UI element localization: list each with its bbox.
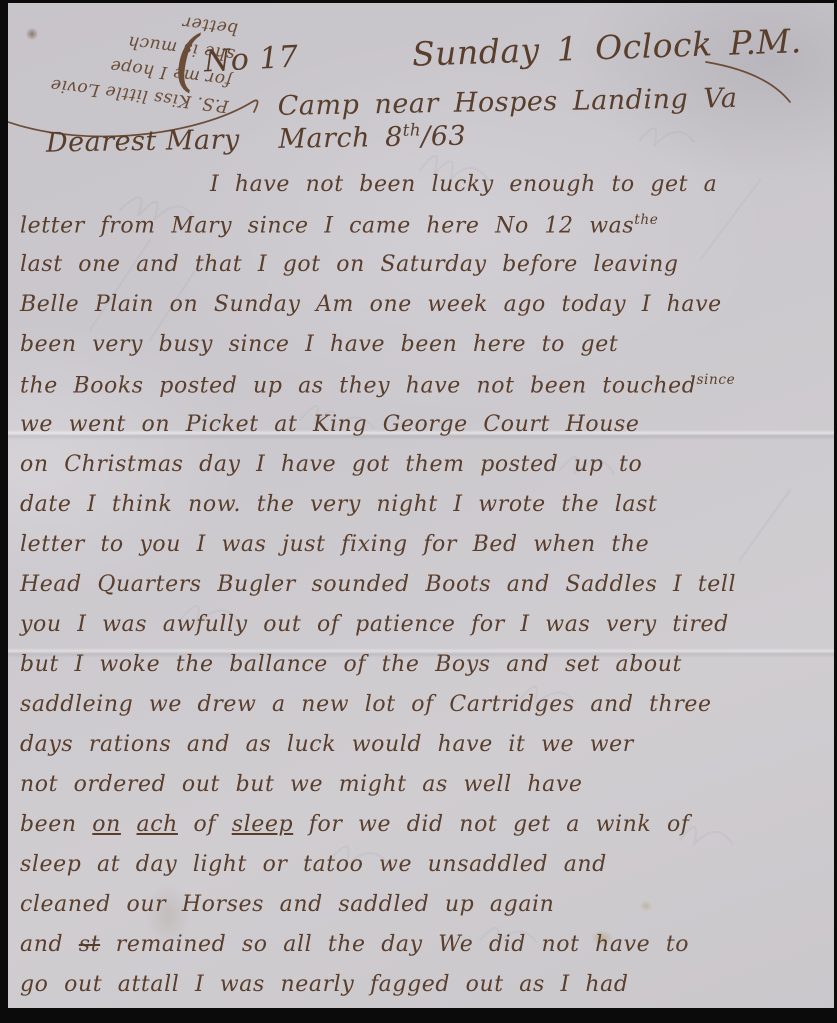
line-text: the Books posted up as they have not bee… (20, 373, 696, 398)
struck-word: st (79, 932, 100, 957)
scan-edge-bottom (0, 1008, 837, 1023)
letter-number: No 17 (203, 40, 299, 80)
line-text: and (20, 932, 79, 957)
line-text: letter from Mary since I came here No 12… (20, 213, 634, 238)
letter-line: and st remained so all the day We did no… (20, 932, 823, 972)
line-text: been (20, 812, 92, 837)
scan-edge-left (0, 0, 8, 1023)
letter-line: Head Quarters Bugler sounded Boots and S… (20, 572, 823, 612)
line-text (121, 812, 137, 837)
letter-line: Belle Plain on Sunday Am one week ago to… (20, 292, 823, 332)
placeline: Camp near Hospes Landing Va March 8th/63 (277, 81, 837, 155)
line-text: remained so all the day We did not have … (100, 932, 689, 957)
letter-line: letter from Mary since I came here No 12… (20, 212, 823, 252)
placeline-superscript: th (402, 119, 421, 139)
letter-line: days rations and as luck would have it w… (20, 732, 823, 772)
salutation: Dearest Mary (46, 124, 240, 158)
underlined-word: sleep (232, 812, 293, 837)
letter-line: cleaned our Horses and saddled up again (20, 892, 823, 932)
letter-line: but I woke the ballance of the Boys and … (20, 652, 823, 692)
line-text: for we did not get a wink of (293, 812, 689, 837)
header-brace: ( (174, 22, 200, 99)
letter-body: I have not been lucky enough to get a le… (20, 172, 823, 1012)
letter-line: go out attall I was nearly fagged out as… (20, 972, 823, 1012)
letter-line: been very busy since I have been here to… (20, 332, 823, 372)
letter-scan-page: P.S. Kiss little Lovie for me I hope she… (0, 0, 837, 1023)
placeline-year: /63 (421, 121, 466, 153)
letter-line: letter to you I was just fixing for Bed … (20, 532, 823, 572)
letter-line: saddleing we drew a new lot of Cartridge… (20, 692, 823, 732)
letter-line: been on ach of sleep for we did not get … (20, 812, 823, 852)
letter-line: last one and that I got on Saturday befo… (20, 252, 823, 292)
dateline: Sunday 1 Oclock P.M. (411, 21, 802, 74)
placeline-main: Camp near Hospes Landing Va March 8 (277, 83, 737, 155)
line-text: of (178, 812, 232, 837)
scan-edge-top (0, 0, 837, 3)
letter-line: the Books posted up as they have not bee… (20, 372, 823, 412)
superscript-word: the (634, 212, 658, 228)
letter-line: not ordered out but we might as well hav… (20, 772, 823, 812)
letter-line: sleep at day light or tatoo we unsaddled… (20, 852, 823, 892)
letter-line: on Christmas day I have got them posted … (20, 452, 823, 492)
letter-line: we went on Picket at King George Court H… (20, 412, 823, 452)
underlined-word: ach (137, 812, 178, 837)
letter-line: date I think now. the very night I wrote… (20, 492, 823, 532)
superscript-word: since (696, 372, 735, 388)
letter-line: you I was awfully out of patience for I … (20, 612, 823, 652)
underlined-word: on (92, 812, 121, 837)
letter-line: I have not been lucky enough to get a (20, 172, 823, 212)
